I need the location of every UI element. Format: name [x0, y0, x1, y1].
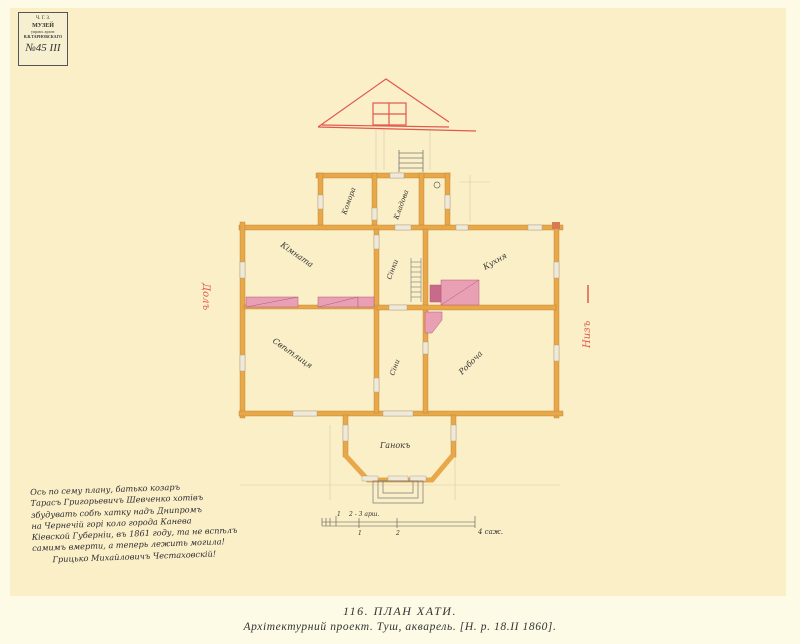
label-kukhnia: Кухня — [481, 251, 509, 272]
label-robocha: Робоча — [456, 349, 484, 377]
scale-tick-2: 2 — [395, 530, 400, 537]
scale-label-top: 2 - 3 арш. — [348, 511, 379, 518]
scale-bar — [322, 516, 475, 528]
scale-tick-1b: 1 — [358, 530, 362, 537]
side-labels: Долъ Низъ — [200, 282, 593, 349]
front-steps — [373, 481, 423, 503]
label-svitlytsia: Свѣтлиця — [271, 336, 314, 370]
well-circle-icon — [434, 182, 440, 188]
label-nyz: Низъ — [582, 320, 593, 349]
scale-labels: 1 2 - 3 арш. 1 2 4 саж. — [337, 511, 503, 537]
caption-subtitle: Архітектурний проект. Туш, акварель. [Н.… — [0, 621, 800, 633]
corner-post — [552, 222, 560, 229]
handwritten-note: Ось по сему плану, батько козаръ Тарасъ … — [30, 478, 288, 566]
label-kladova: Кладова — [392, 189, 410, 222]
label-sinky: Сінки — [385, 258, 400, 281]
scale-tick-1: 1 — [337, 511, 341, 518]
label-ganok: Ганокъ — [379, 441, 410, 450]
label-kimnata: Кімната — [278, 240, 315, 270]
interior-stair — [411, 258, 421, 302]
label-siny: Сіни — [388, 358, 401, 377]
label-komora: Комора — [340, 186, 358, 216]
rear-steps — [399, 150, 423, 172]
caption-title: 116. ПЛАН ХАТИ. — [0, 604, 800, 619]
label-dol: Долъ — [200, 282, 211, 311]
scale-unit: 4 саж. — [477, 528, 503, 536]
roof-sketch — [318, 79, 476, 131]
